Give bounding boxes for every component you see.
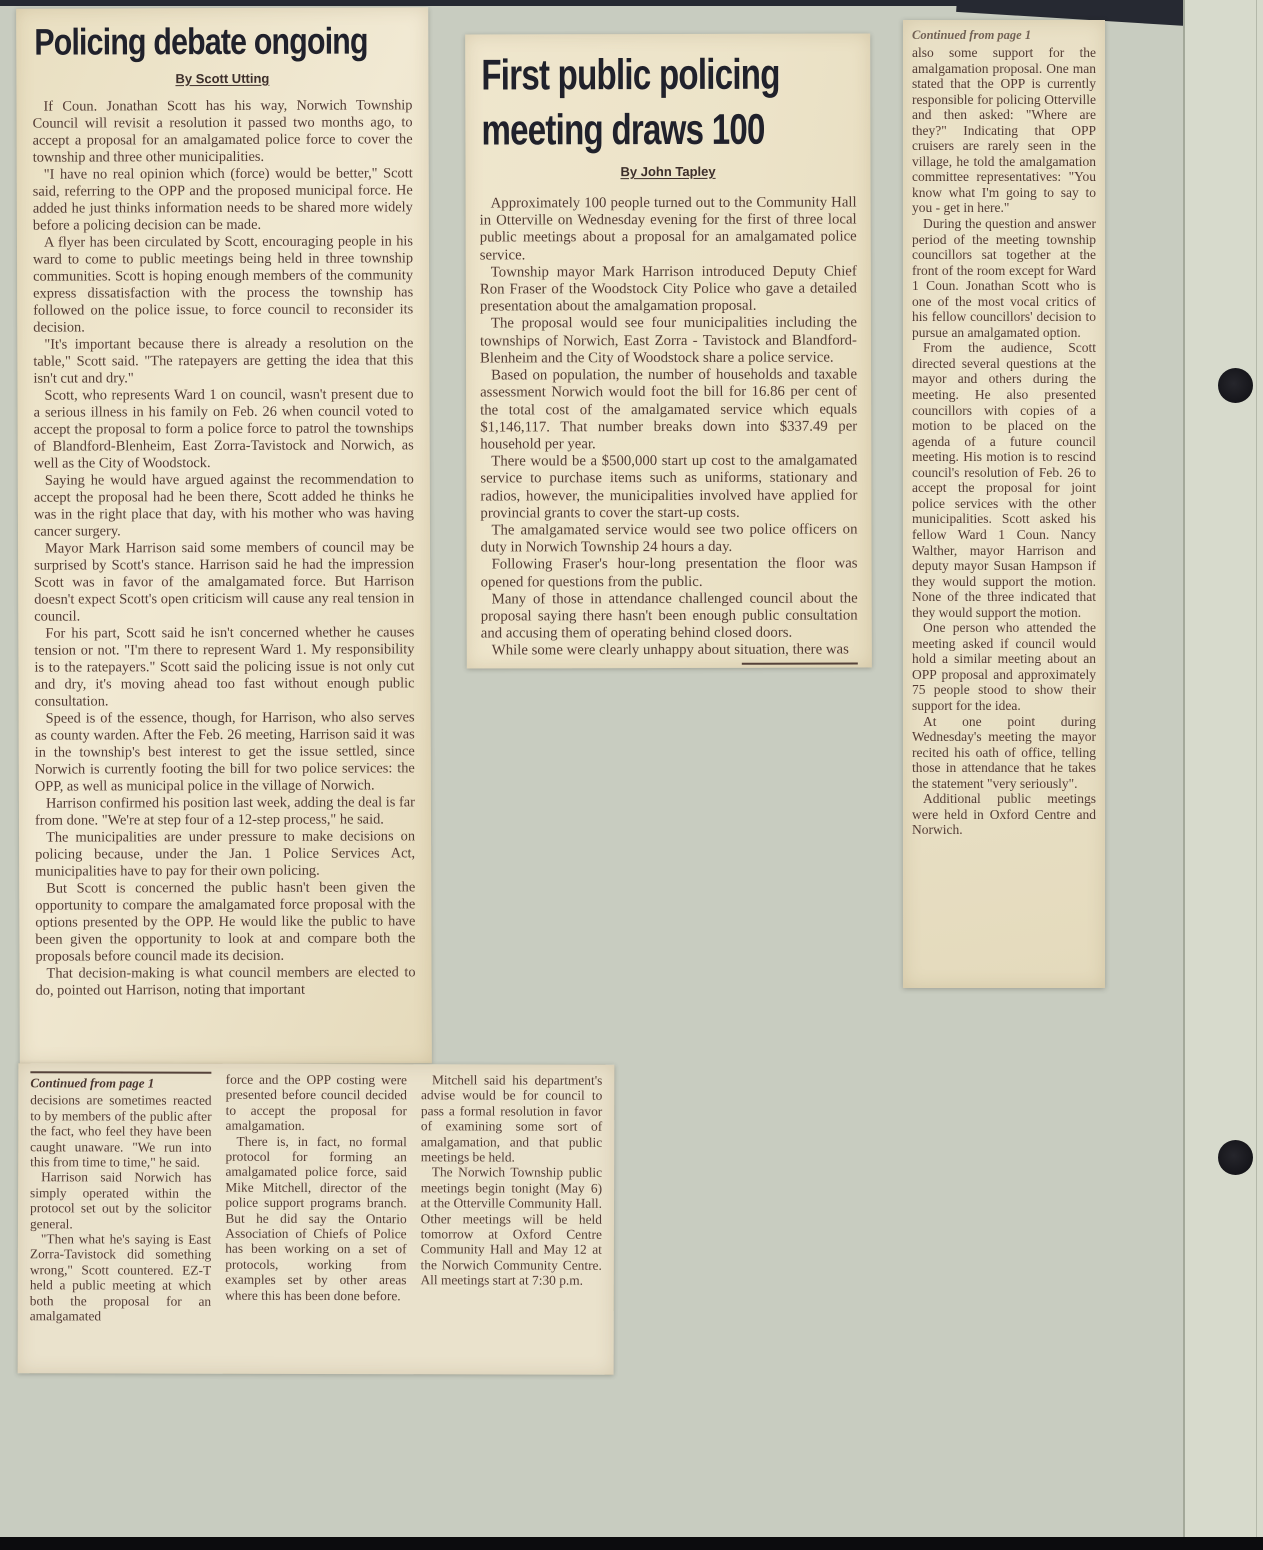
scan-bottom-edge <box>0 1537 1263 1550</box>
article-paragraph: Scott, who represents Ward 1 on council,… <box>33 386 413 472</box>
article-paragraph: decisions are sometimes reacted to by me… <box>30 1093 212 1171</box>
article-paragraph: The amalgamated service would see two po… <box>480 521 857 556</box>
article-paragraph: While some were clearly unhappy about si… <box>481 642 858 660</box>
article-byline: By Scott Utting <box>32 70 412 86</box>
clipping-continuation-bottom: Continued from page 1 decisions are some… <box>18 1063 615 1375</box>
article-paragraph: At one point during Wednesday's meeting … <box>912 714 1096 792</box>
article-paragraph: Township mayor Mark Harrison introduced … <box>480 263 857 316</box>
article-paragraph: The municipalities are under pressure to… <box>35 828 415 880</box>
article-paragraph: One person who attended the meeting aske… <box>912 620 1096 713</box>
column-2: force and the OPP costing were presented… <box>225 1072 407 1325</box>
article-paragraph: Mitchell said his department's advise wo… <box>421 1072 603 1165</box>
article-paragraph: Following Fraser's hour-long presentatio… <box>481 556 858 591</box>
page-fold-line <box>1183 0 1185 1537</box>
continued-from-page-header: Continued from page 1 <box>30 1071 211 1091</box>
punch-hole-top <box>1218 368 1253 403</box>
punch-hole-bottom <box>1218 1140 1253 1175</box>
article-paragraph: "Then what he's saying is East Zorra-Tav… <box>30 1231 212 1324</box>
article-paragraph: But Scott is concerned the public hasn't… <box>35 879 415 965</box>
article-paragraph: Additional public meetings were held in … <box>912 791 1096 838</box>
clipping-policing-debate: Policing debate ongoing By Scott Utting … <box>16 7 432 1064</box>
continued-on-page-note: Continued on page 5 <box>742 662 858 668</box>
article-paragraph: Saying he would have argued against the … <box>34 471 414 540</box>
headline-line: meeting draws 100 <box>481 103 770 159</box>
column-3: Mitchell said his department's advise wo… <box>420 1072 602 1325</box>
article-paragraph: Harrison confirmed his position last wee… <box>35 794 415 829</box>
article-paragraph: "I have no real opinion which (force) wo… <box>33 165 413 234</box>
article-paragraph: There is, in fact, no formal protocol fo… <box>225 1133 407 1303</box>
continued-note-wrap: Continued on page 5 <box>481 662 858 668</box>
article-paragraph: Approximately 100 people turned out to t… <box>480 195 857 265</box>
article-paragraph: Many of those in attendance challenged c… <box>481 590 858 643</box>
article-paragraph: Mayor Mark Harrison said some members of… <box>34 539 414 625</box>
article-body: also some support for the amalgamation p… <box>912 45 1096 838</box>
article-paragraph: force and the OPP costing were presented… <box>226 1072 407 1134</box>
column-layout: Continued from page 1 decisions are some… <box>30 1071 603 1325</box>
article-body: Approximately 100 people turned out to t… <box>480 195 858 660</box>
article-paragraph: A flyer has been circulated by Scott, en… <box>33 233 413 336</box>
clipping-first-public-meeting: First public policing meeting draws 100 … <box>465 33 872 668</box>
article-paragraph: Based on population, the number of house… <box>480 367 857 454</box>
article-headline: Policing debate ongoing <box>34 22 344 64</box>
article-paragraph: Harrison said Norwich has simply operate… <box>30 1170 211 1232</box>
column-1: Continued from page 1 decisions are some… <box>30 1071 212 1324</box>
article-paragraph: The proposal would see four municipaliti… <box>480 315 857 368</box>
article-paragraph: That decision-making is what council mem… <box>35 964 415 999</box>
article-paragraph: There would be a $500,000 start up cost … <box>480 453 857 523</box>
continued-from-page-header: Continued from page 1 <box>912 28 1096 43</box>
article-body: If Coun. Jonathan Scott has his way, Nor… <box>32 97 415 999</box>
page-right-edge-line <box>1256 0 1257 1537</box>
article-paragraph: During the question and answer period of… <box>912 216 1096 340</box>
article-headline: First public policing meeting draws 100 <box>481 48 770 159</box>
page-edge-strip <box>1185 0 1263 1537</box>
article-paragraph: If Coun. Jonathan Scott has his way, Nor… <box>32 97 412 166</box>
article-paragraph: also some support for the amalgamation p… <box>912 45 1096 216</box>
scrapbook-page: Policing debate ongoing By Scott Utting … <box>0 0 1263 1550</box>
clipping-continuation-column: Continued from page 1 also some support … <box>903 20 1105 988</box>
article-paragraph: For his part, Scott said he isn't concer… <box>34 624 414 710</box>
article-paragraph: From the audience, Scott directed severa… <box>912 340 1096 620</box>
article-byline: By John Tapley <box>480 164 857 180</box>
article-paragraph: "It's important because there is already… <box>33 335 413 387</box>
article-paragraph: The Norwich Township public meetings beg… <box>420 1165 602 1289</box>
headline-line: First public policing <box>481 48 770 104</box>
article-paragraph: Speed is of the essence, though, for Har… <box>35 709 415 795</box>
